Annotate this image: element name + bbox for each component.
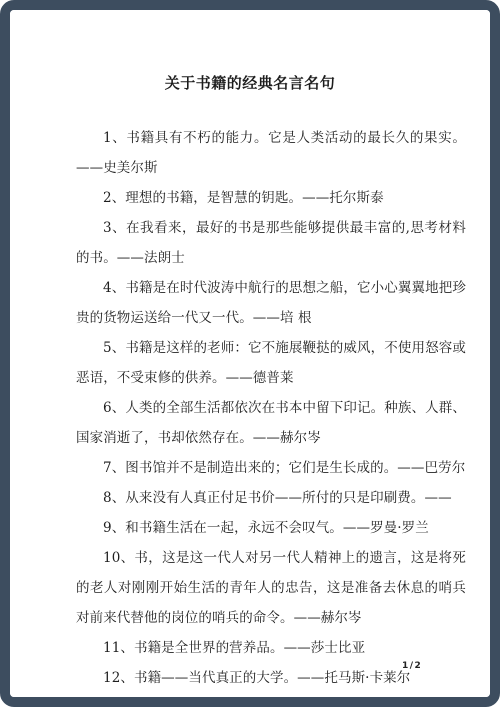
quote-paragraph-6: 6、人类的全部生活都依次在书本中留下印记。种族、人群、国家消逝了，书却依然存在。…	[76, 393, 466, 453]
document-frame: 关于书籍的经典名言名句 1、书籍具有不朽的能力。它是人类活动的最长久的果实。——…	[0, 0, 500, 707]
quote-paragraph-3: 3、在我看来，最好的书是那些能够提供最丰富的,思考材料的书。——法朗士	[76, 213, 466, 273]
document-title: 关于书籍的经典名言名句	[10, 10, 490, 93]
quote-paragraph-8: 8、从来没有人真正付足书价——所付的只是印刷费。——	[76, 483, 466, 513]
quotes-body: 1、书籍具有不朽的能力。它是人类活动的最长久的果实。——史美尔斯 2、理想的书籍…	[76, 123, 466, 693]
quote-paragraph-2: 2、理想的书籍，是智慧的钥匙。——托尔斯泰	[76, 183, 466, 213]
quote-paragraph-7: 7、图书馆并不是制造出来的；它们是生长成的。——巴劳尔	[76, 453, 466, 483]
page-number-indicator: 1/2	[402, 661, 422, 671]
quote-paragraph-5: 5、书籍是这样的老师：它不施展鞭挞的威风，不使用怒容或恶语，不受束修的供养。——…	[76, 333, 466, 393]
quote-paragraph-4: 4、书籍是在时代波涛中航行的思想之船，它小心翼翼地把珍贵的货物运送给一代又一代。…	[76, 273, 466, 333]
quote-paragraph-1: 1、书籍具有不朽的能力。它是人类活动的最长久的果实。——史美尔斯	[76, 123, 466, 183]
quote-paragraph-9: 9、和书籍生活在一起，永远不会叹气。——罗曼·罗兰	[76, 513, 466, 543]
quote-paragraph-10: 10、书，这是这一代人对另一代人精神上的遗言，这是将死的老人对刚刚开始生活的青年…	[76, 543, 466, 633]
quote-paragraph-11: 11、书籍是全世界的营养品。——莎士比亚	[76, 633, 466, 663]
document-page: 关于书籍的经典名言名句 1、书籍具有不朽的能力。它是人类活动的最长久的果实。——…	[10, 10, 490, 697]
